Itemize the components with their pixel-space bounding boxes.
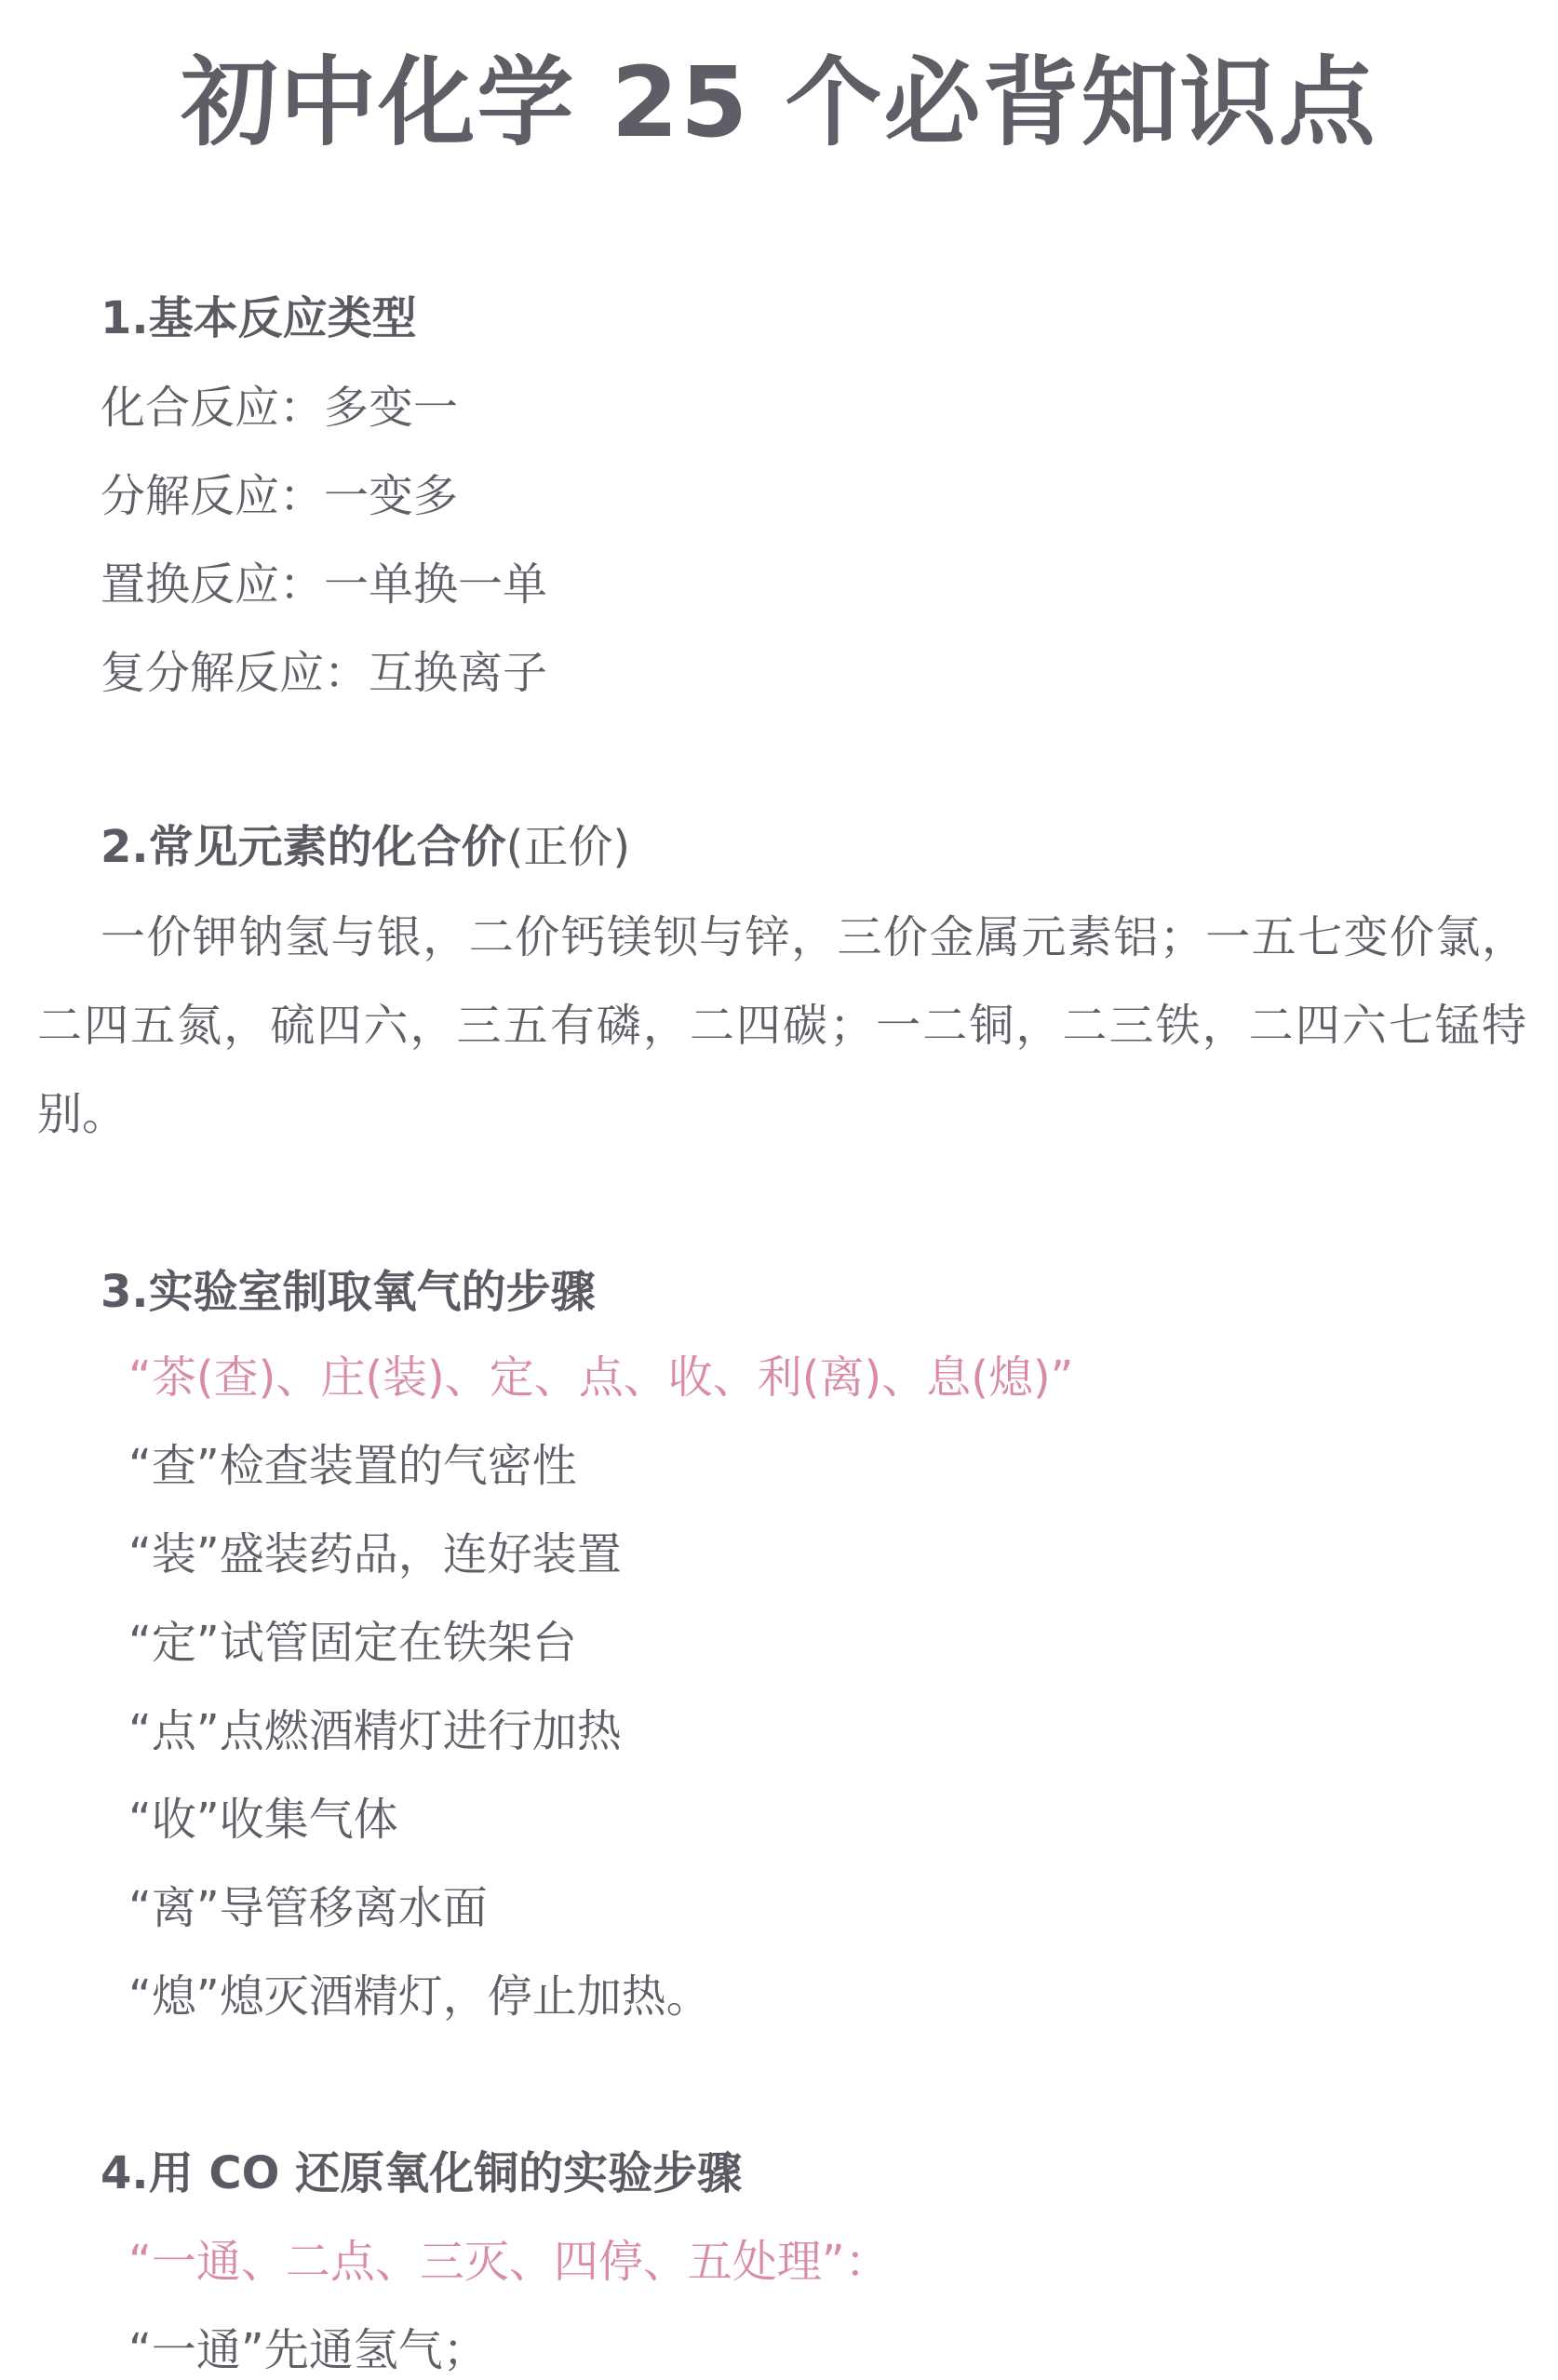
section-3-step: “熄”熄灭酒精灯，停止加热。 bbox=[128, 1969, 711, 2024]
section-2-paragraph: 一价钾钠氢与银，二价钙镁钡与锌，三价金属元素铝；一五七变价氯，二四五氮，硫四六，… bbox=[37, 894, 1526, 1159]
page-title: 初中化学 25 个必背知识点 bbox=[0, 37, 1558, 168]
section-1-line: 分解反应：一变多 bbox=[101, 468, 458, 524]
section-3-heading: 3.实验室制取氧气的步骤 bbox=[101, 1264, 596, 1320]
section-3-step: “查”检查装置的气密性 bbox=[128, 1438, 577, 1494]
section-1-line: 化合反应：多变一 bbox=[101, 380, 458, 436]
section-1-line: 置换反应：一单换一单 bbox=[101, 557, 547, 612]
section-3-step: “收”收集气体 bbox=[128, 1792, 398, 1848]
section-2-heading-suffix: (正价) bbox=[506, 821, 630, 873]
section-2-heading-text: 2.常见元素的化合价 bbox=[101, 821, 506, 873]
section-3-mnemonic: “茶(查)、庄(装)、定、点、收、利(离)、息(熄)” bbox=[128, 1350, 1074, 1405]
section-3-step: “点”点燃酒精灯进行加热 bbox=[128, 1703, 622, 1759]
section-4-mnemonic: “一通、二点、三灭、四停、五处理”： bbox=[128, 2234, 890, 2290]
section-1-line: 复分解反应：互换离子 bbox=[101, 645, 547, 701]
section-4-heading: 4.用 CO 还原氧化铜的实验步骤 bbox=[101, 2145, 742, 2201]
section-3-step: “离”导管移离水面 bbox=[128, 1880, 488, 1936]
section-1-heading: 1.基本反应类型 bbox=[101, 290, 417, 346]
section-3-step: “装”盛装药品，连好装置 bbox=[128, 1526, 622, 1582]
section-4-step: “一通”先通氢气； bbox=[128, 2322, 488, 2378]
section-3-step: “定”试管固定在铁架台 bbox=[128, 1615, 577, 1671]
section-2-heading: 2.常见元素的化合价(正价) bbox=[101, 819, 630, 875]
